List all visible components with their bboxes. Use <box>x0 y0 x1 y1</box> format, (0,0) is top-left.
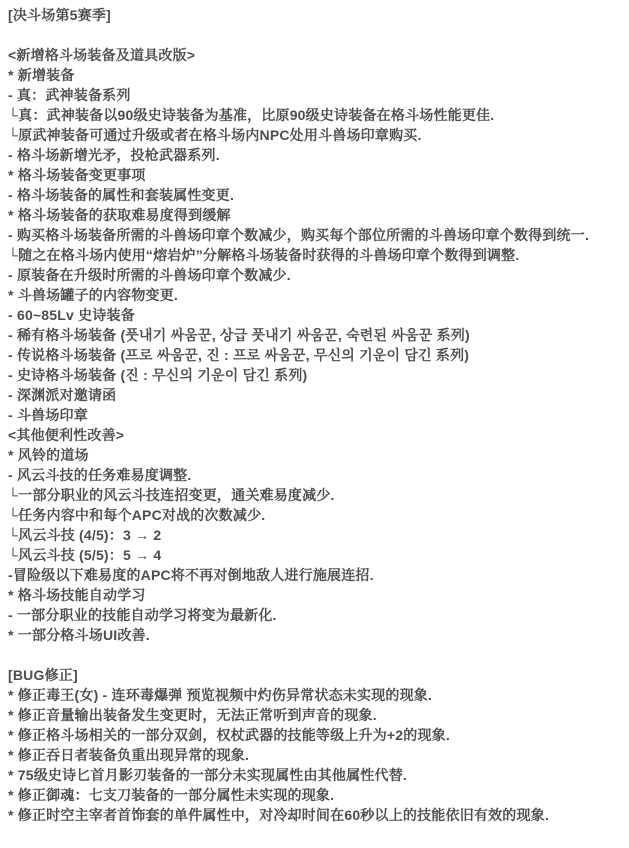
text-line: └原武神装备可通过升级或者在格斗场内NPC处用斗兽场印章购买. <box>8 125 621 145</box>
text-line: - 真：武神装备系列 <box>8 85 621 105</box>
text-line: - 购买格斗场装备所需的斗兽场印章个数减少，购买每个部位所需的斗兽场印章个数得到… <box>8 225 621 245</box>
text-line: - 传说格斗场装备 (프로 싸움꾼, 진 : 프로 싸움꾼, 무신의 기운이 담… <box>8 345 621 365</box>
text-line: * 斗兽场罐子的内容物变更. <box>8 285 621 305</box>
section-header-other-improvements: <其他便利性改善> <box>8 425 621 445</box>
text-line: └一部分职业的风云斗技连招变更，通关难易度减少. <box>8 485 621 505</box>
text-line: - 原装备在升级时所需的斗兽场印章个数减少. <box>8 265 621 285</box>
text-line: - 格斗场装备的属性和套装属性变更. <box>8 185 621 205</box>
text-line: - 格斗场新增光矛，投枪武器系列. <box>8 145 621 165</box>
text-line: - 风云斗技的任务难易度调整. <box>8 465 621 485</box>
text-line: └风云斗技 (5/5)：5 → 4 <box>8 545 621 565</box>
text-line: └随之在格斗场内使用“熔岩炉”分解格斗场装备时获得的斗兽场印章个数得到调整. <box>8 245 621 265</box>
text-line: * 一部分格斗场UI改善. <box>8 625 621 645</box>
blank-line <box>8 25 621 45</box>
season-header: [决斗场第5赛季] <box>8 5 621 25</box>
text-line: * 风铃的道场 <box>8 445 621 465</box>
text-line: * 格斗场装备的获取难易度得到缓解 <box>8 205 621 225</box>
text-line: * 修正御魂：七支刀装备的一部分属性未实现的现象. <box>8 785 621 805</box>
text-line: └真：武神装备以90级史诗装备为基准，比原90级史诗装备在格斗场性能更佳. <box>8 105 621 125</box>
text-line: - 一部分职业的技能自动学习将变为最新化. <box>8 605 621 625</box>
text-line: * 修正格斗场相关的一部分双剑，权杖武器的技能等级上升为+2的现象. <box>8 725 621 745</box>
text-line: * 修正吞日者装备负重出现异常的现象. <box>8 745 621 765</box>
text-line: * 格斗场装备变更事项 <box>8 165 621 185</box>
text-line: - 稀有格斗场装备 (풋내기 싸움꾼, 상급 풋내기 싸움꾼, 숙련된 싸움꾼 … <box>8 325 621 345</box>
text-line: - 斗兽场印章 <box>8 405 621 425</box>
text-line: - 60~85Lv 史诗装备 <box>8 305 621 325</box>
blank-line <box>8 645 621 665</box>
text-line: * 修正音量输出装备发生变更时，无法正常听到声音的现象. <box>8 705 621 725</box>
text-line: └任务内容中和每个APC对战的次数减少. <box>8 505 621 525</box>
text-line: * 修正时空主宰者首饰套的单件属性中，对冷却时间在60秒以上的技能依旧有效的现象… <box>8 805 621 825</box>
text-line: * 75级史诗匕首月影刃装备的一部分未实现属性由其他属性代替. <box>8 765 621 785</box>
text-line: -冒险级以下难易度的APC将不再对倒地敌人进行施展连招. <box>8 565 621 585</box>
section-header-new-equipment: <新增格斗场装备及道具改版> <box>8 45 621 65</box>
text-line: * 格斗场技能自动学习 <box>8 585 621 605</box>
text-line: * 修正毒王(女) - 连环毒爆弹 预览视频中灼伤异常状态未实现的现象. <box>8 685 621 705</box>
section-header-bug-fixes: [BUG修正] <box>8 665 621 685</box>
text-line: - 史诗格斗场装备 (진 : 무신의 기운이 담긴 系列) <box>8 365 621 385</box>
text-line: - 深渊派对邀请函 <box>8 385 621 405</box>
patch-notes-document: [决斗场第5赛季] <新增格斗场装备及道具改版> * 新增装备 - 真：武神装备… <box>0 0 629 825</box>
text-line: * 新增装备 <box>8 65 621 85</box>
text-line: └风云斗技 (4/5)：3 → 2 <box>8 525 621 545</box>
